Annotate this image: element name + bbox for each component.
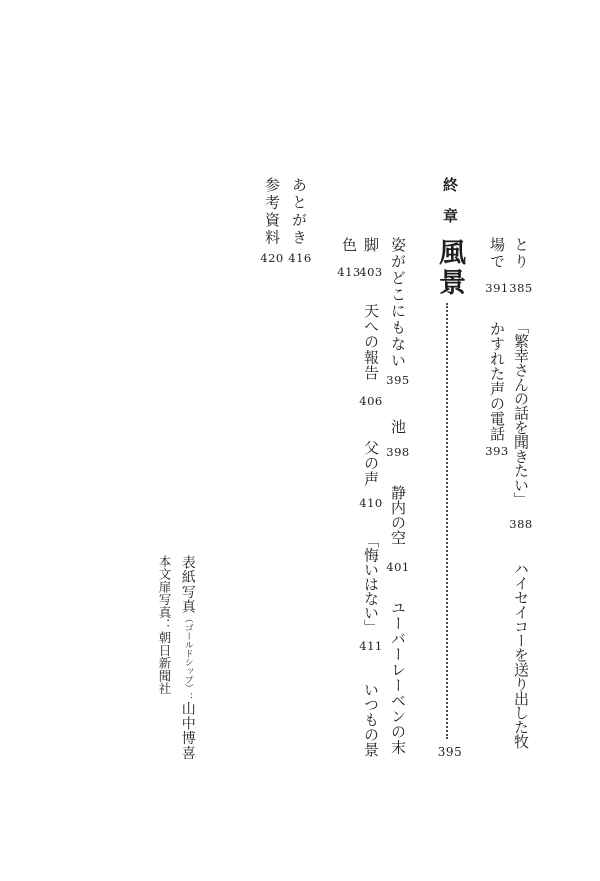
toc-entry-segment-9: 脚	[362, 237, 380, 254]
toc-entry-page-5: 395	[386, 373, 409, 387]
toc-entry-segment-7: 静内の空	[389, 485, 407, 545]
toc-entry-page-12: 411	[359, 639, 382, 653]
toc-entry-segment-16: 参考資料	[263, 177, 281, 247]
cover-photo-credit-label: 表紙写真	[180, 555, 196, 614]
toc-entry-page-10: 406	[359, 394, 382, 408]
cover-photo-credit-name: 山中博喜	[180, 701, 196, 760]
cover-photo-credit-paren: （ゴールドシップ）：	[183, 614, 193, 701]
toc-entry-page-6: 398	[386, 445, 409, 459]
toc-entry-segment-4: かすれた声の電話	[488, 321, 506, 441]
toc-entry-segment-8: ユーバーレーベンの末	[389, 600, 407, 755]
toc-entry-segment-13: いつもの景	[362, 682, 380, 757]
toc-entry-page-16: 420	[260, 251, 283, 265]
toc-entry-segment-12: 「悔いはない」	[362, 533, 380, 634]
toc-entry-segment-10: 天への報告	[362, 303, 380, 381]
toc-entry-segment-11: 父の声	[362, 440, 380, 487]
chapter-page-number: 395	[438, 745, 462, 759]
toc-entry-page-15: 416	[288, 251, 311, 265]
toc-entry-page-14: 413	[337, 265, 360, 279]
toc-page: とり 385 「繁幸さんの話を聞きたい」 388 ハイセイコーを送り出した牧 場…	[0, 0, 600, 881]
frontispiece-photo-credit: 本文扉写真：朝日新聞社	[157, 555, 172, 695]
toc-entry-segment-14: 色	[340, 237, 358, 254]
toc-entry-page-3: 391	[485, 281, 508, 295]
chapter-leader-dots	[446, 303, 448, 739]
toc-entry-page-4: 393	[485, 444, 508, 458]
toc-entry-page-0: 385	[509, 281, 532, 295]
toc-entry-page-9: 403	[359, 265, 382, 279]
toc-entry-segment-6: 池	[389, 419, 407, 436]
toc-entry-segment-0: とり	[512, 237, 530, 270]
toc-entry-segment-3: 場で	[488, 237, 506, 270]
toc-entry-segment-1: 「繁幸さんの話を聞きたい」	[512, 319, 530, 506]
toc-entry-page-7: 401	[386, 560, 409, 574]
chapter-label: 終章	[441, 177, 459, 239]
cover-photo-credit: 表紙写真（ゴールドシップ）：山中博喜	[179, 555, 196, 760]
toc-entry-segment-5: 姿がどこにもない	[389, 237, 407, 369]
toc-entry-page-11: 410	[359, 496, 382, 510]
chapter-title: 風景	[434, 238, 465, 298]
toc-entry-segment-15: あとがき	[290, 177, 308, 247]
toc-entry-segment-2: ハイセイコーを送り出した牧	[512, 561, 530, 748]
toc-entry-page-1: 388	[509, 517, 532, 531]
